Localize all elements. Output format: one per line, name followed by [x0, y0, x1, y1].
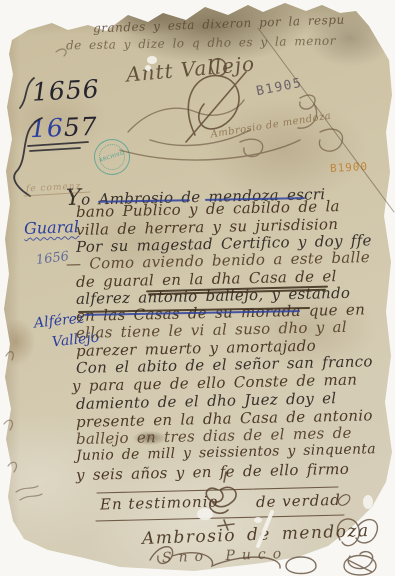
- year-1657-blue-digits: 16: [30, 113, 65, 143]
- archive-round-stamp-text: ARCHIVO: [99, 150, 126, 164]
- signature-title: Sno Puco: [162, 546, 289, 566]
- code-stamp-bottom: B1900: [330, 160, 369, 175]
- year-annotation-1657: 1657: [30, 112, 99, 143]
- year-annotation-1656: 1656: [31, 74, 100, 106]
- manuscript-scan: { "paper": { "base_color": "#cfc4a6", "s…: [0, 0, 395, 576]
- margin-note-place: Guaral: [24, 217, 80, 238]
- year-1657-dark-digits: 57: [63, 112, 98, 142]
- attestation-left: En testimonio: [100, 492, 219, 513]
- attestation-right: de verdad: [256, 491, 341, 511]
